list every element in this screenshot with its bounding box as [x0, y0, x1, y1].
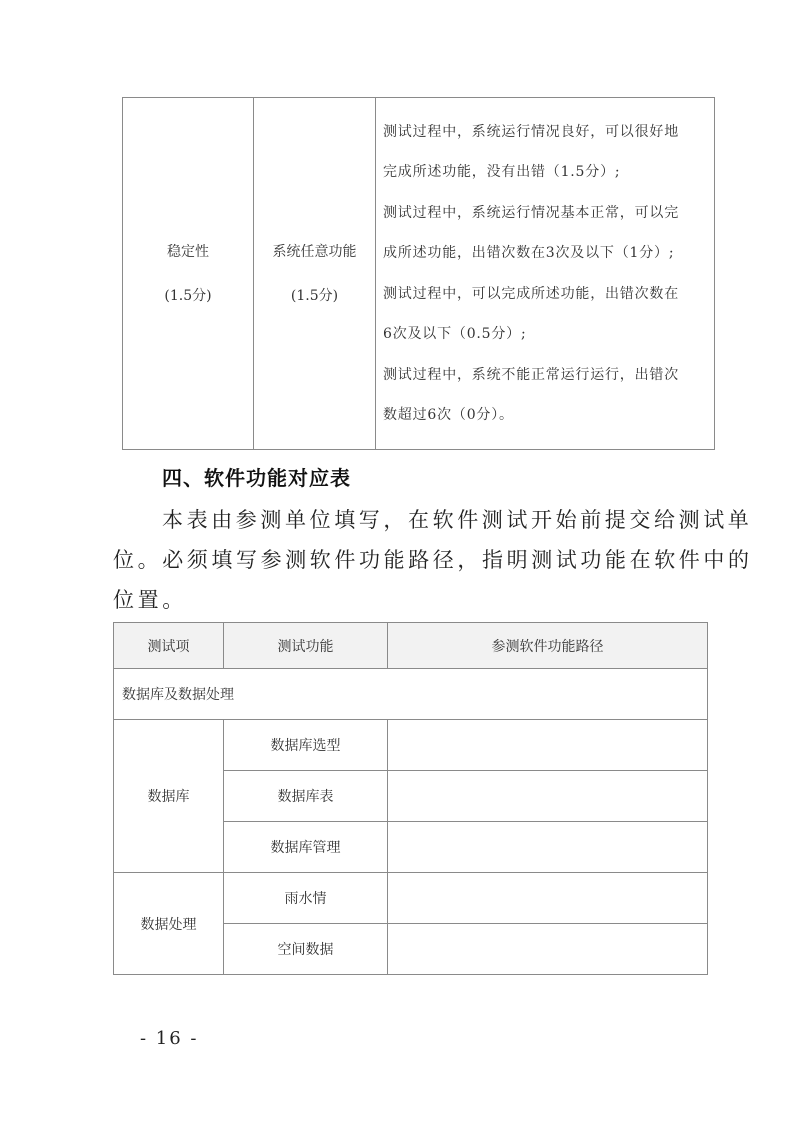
function-cell: 数据库管理: [224, 822, 388, 873]
criteria-line: 测试过程中，系统不能正常运行运行，出错次: [383, 355, 708, 396]
function-path-field[interactable]: [388, 822, 708, 873]
test-item-score: (1.5分): [123, 274, 253, 318]
criteria-line: 测试过程中，系统运行情况基本正常，可以完: [383, 193, 708, 234]
function-cell: 雨水情: [224, 873, 388, 924]
paragraph-line: 位。必须填写参测软件功能路径，指明测试功能在软件中的: [113, 540, 713, 580]
test-item-label: 稳定性: [123, 230, 253, 274]
table-row: 数据库 数据库选型: [114, 720, 708, 771]
section-row: 数据库及数据处理: [114, 669, 708, 720]
table-header-row: 测试项 测试功能 参测软件功能路径: [114, 623, 708, 669]
criteria-line: 测试过程中，系统运行情况良好，可以很好地: [383, 112, 708, 153]
section-heading: 四、软件功能对应表: [162, 462, 351, 491]
function-path-field[interactable]: [388, 924, 708, 975]
section-paragraph: 本表由参测单位填写，在软件测试开始前提交给测试单 位。必须填写参测软件功能路径，…: [113, 500, 713, 620]
group-item-cell: 数据库: [114, 720, 224, 873]
function-cell: 空间数据: [224, 924, 388, 975]
group-item-cell: 数据处理: [114, 873, 224, 975]
criteria-line: 完成所述功能，没有出错（1.5分）;: [383, 152, 708, 193]
test-function-cell: 系统任意功能 (1.5分): [254, 98, 376, 450]
criteria-cell: 测试过程中，系统运行情况良好，可以很好地 完成所述功能，没有出错（1.5分）; …: [376, 98, 715, 450]
test-function-label: 系统任意功能: [254, 230, 375, 274]
function-cell: 数据库选型: [224, 720, 388, 771]
function-cell: 数据库表: [224, 771, 388, 822]
function-correspondence-table: 测试项 测试功能 参测软件功能路径 数据库及数据处理 数据库 数据库选型 数据库…: [113, 622, 708, 975]
page-number: - 16 -: [140, 1028, 199, 1049]
function-path-field[interactable]: [388, 720, 708, 771]
criteria-line: 数超过6次（0分）。: [383, 395, 708, 436]
test-item-cell: 稳定性 (1.5分): [123, 98, 254, 450]
criteria-line: 测试过程中，可以完成所述功能，出错次数在: [383, 274, 708, 315]
function-path-field[interactable]: [388, 771, 708, 822]
function-path-field[interactable]: [388, 873, 708, 924]
test-function-score: (1.5分): [254, 274, 375, 318]
criteria-line: 成所述功能，出错次数在3次及以下（1分）;: [383, 233, 708, 274]
paragraph-line: 本表由参测单位填写，在软件测试开始前提交给测试单: [113, 500, 713, 540]
criteria-line: 6次及以下（0.5分）;: [383, 314, 708, 355]
table-row: 稳定性 (1.5分) 系统任意功能 (1.5分) 测试过程中，系统运行情况良好，…: [123, 98, 715, 450]
scoring-criteria-table: 稳定性 (1.5分) 系统任意功能 (1.5分) 测试过程中，系统运行情况良好，…: [122, 97, 715, 450]
header-test-function: 测试功能: [224, 623, 388, 669]
header-function-path: 参测软件功能路径: [388, 623, 708, 669]
paragraph-line: 位置。: [113, 580, 713, 620]
section-title-cell: 数据库及数据处理: [114, 669, 708, 720]
header-test-item: 测试项: [114, 623, 224, 669]
table-row: 数据处理 雨水情: [114, 873, 708, 924]
